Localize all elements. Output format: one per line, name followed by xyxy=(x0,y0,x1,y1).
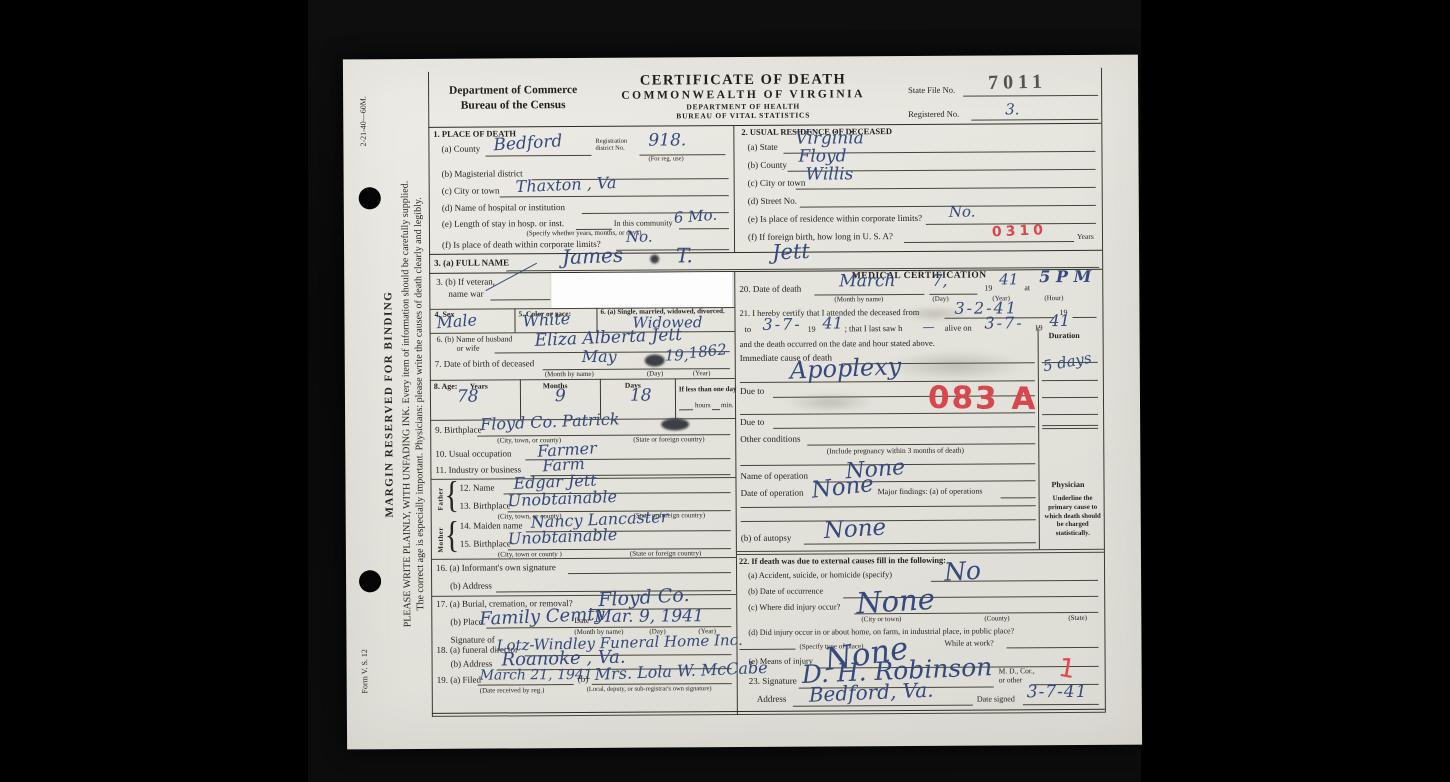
rule xyxy=(429,250,1102,255)
dob-note-day: (Day) xyxy=(647,370,663,377)
printed-19-to: 19 xyxy=(808,326,816,334)
residence-city-value: Willis xyxy=(806,166,854,183)
informant-signature-label: 16. (a) Informant's own signature xyxy=(436,563,556,573)
father-brace: { xyxy=(444,474,459,517)
street-no-label: (d) Street No. xyxy=(748,197,797,207)
rule xyxy=(736,552,1104,555)
column-divider-top xyxy=(733,125,735,252)
birthplace-label: 9. Birthplace xyxy=(435,426,482,436)
birthplace-note2: (State or foreign country) xyxy=(633,436,704,444)
rule xyxy=(430,378,735,381)
county-value: Bedford xyxy=(493,133,563,154)
certificate-title: CERTIFICATE OF DEATH xyxy=(593,72,893,89)
attended-to-year: 41 xyxy=(822,315,842,331)
foreign-birth-stamp: 0310 xyxy=(992,223,1047,239)
registered-no-value: 3. xyxy=(1005,102,1019,117)
birthplace-value: Floyd Co. Patrick xyxy=(480,411,620,433)
major-findings-label: Major findings: (a) of operations xyxy=(878,488,983,497)
spouse-label2: or wife xyxy=(457,345,480,354)
residence-city-label: (c) City or town xyxy=(748,179,806,189)
due-to-label-1: Due to xyxy=(740,387,764,397)
race-value: White xyxy=(522,311,571,330)
rule xyxy=(431,594,736,597)
physician-address-value: Bedford, Va. xyxy=(808,680,933,705)
county-label: (a) County xyxy=(441,145,480,155)
red-tally-mark: 1 xyxy=(1057,655,1078,683)
autopsy-label: (b) of autopsy xyxy=(741,534,792,544)
mother-brace: { xyxy=(445,514,460,557)
occurrence-date-label: (b) Date of occurrence xyxy=(748,588,823,597)
informant-address-label: (b) Address xyxy=(450,582,492,592)
dob-note-month: (Month by name) xyxy=(545,371,594,379)
dob-month: May xyxy=(582,349,617,365)
full-name-last: Jett xyxy=(772,241,811,264)
binding-margin-note: MARGIN RESERVED FOR BINDING xyxy=(382,291,395,518)
father-birthplace-value: Unobtainable xyxy=(507,489,617,509)
filed-date-note: (Date received by reg.) xyxy=(480,687,545,695)
certify-to-label: to xyxy=(745,325,752,334)
rule xyxy=(1023,704,1099,705)
due-to-label-2: Due to xyxy=(740,418,764,428)
age-label: 8. Age: xyxy=(434,383,458,392)
age-days-value: 18 xyxy=(630,388,652,405)
punch-hole-top xyxy=(359,187,381,209)
date-of-death-year: 41 xyxy=(999,272,1018,287)
last-saw-label: ; that I last saw h xyxy=(845,324,903,333)
ink-blot xyxy=(661,418,689,430)
reg-district-value: 918. xyxy=(648,132,686,149)
other-conditions-label: Other conditions xyxy=(740,435,800,445)
min-label: min. xyxy=(721,402,734,409)
magisterial-label: (b) Magisterial district xyxy=(442,169,523,179)
veteran-label2: name war xyxy=(448,290,483,300)
hospital-label: (d) Name of hospital or institution xyxy=(442,203,565,213)
rule xyxy=(796,187,1096,190)
rule xyxy=(431,557,736,560)
dob-year: 1862 xyxy=(688,342,728,361)
ink-blot xyxy=(650,255,659,264)
rule xyxy=(1072,317,1096,318)
form-number: Form V. S. 12 xyxy=(360,649,369,693)
rule xyxy=(490,299,550,300)
pencil-smudge xyxy=(885,350,1025,381)
full-name-first: James xyxy=(562,245,624,267)
rule xyxy=(1042,397,1098,398)
father-group-label: Father xyxy=(437,487,445,510)
residence-state-value: Virginia xyxy=(795,130,863,147)
veteran-label1: 3. (b) If veteran, xyxy=(436,278,495,288)
registrar-note: (Local, deputy, or sub-registrar's own s… xyxy=(587,686,712,694)
rule xyxy=(1042,428,1098,429)
rule xyxy=(679,228,729,229)
date-of-death-label: 20. Date of death xyxy=(739,285,801,295)
dept-of-commerce: Department of Commerce xyxy=(438,84,588,97)
at-label: at xyxy=(1024,284,1030,292)
attended-to-value: 3-7- xyxy=(762,317,801,333)
rule xyxy=(500,195,729,197)
cause-code-stamp: 083 A xyxy=(928,383,1038,415)
residence-state-label: (a) State xyxy=(747,143,777,153)
operation-date-value: None xyxy=(810,473,875,503)
injury-note-county: (County) xyxy=(984,615,1009,622)
full-name-middle: T. xyxy=(676,245,693,265)
foreign-birth-label: (f) If foreign birth, how long in U. S. … xyxy=(748,232,893,242)
cell-divider xyxy=(675,378,676,418)
father-name-label: 12. Name xyxy=(459,484,494,494)
rule xyxy=(1042,414,1098,415)
write-plainly-line2: The correct age is especially important.… xyxy=(411,84,428,724)
dod-note-month: (Month by name) xyxy=(834,296,883,304)
state-file-number: 7011 xyxy=(988,71,1047,95)
last-saw-value: 3-7- xyxy=(984,315,1023,331)
burial-place-label: (b) Place xyxy=(450,618,482,628)
commonwealth-subtitle: COMMONWEALTH OF VIRGINIA xyxy=(593,88,893,102)
rule xyxy=(679,409,693,410)
date-signed-value: 3-7-41 xyxy=(1027,684,1088,701)
form-right-border xyxy=(1101,68,1106,713)
dob-note-year: (Year) xyxy=(693,370,711,377)
hours-label: hours xyxy=(695,402,711,409)
filed-date-value: March 21, 1941 xyxy=(480,668,593,683)
operation-date-label: Date of operation xyxy=(741,489,804,499)
certify-line3: and the death occurred on the date and h… xyxy=(740,339,935,349)
autopsy-value: None xyxy=(823,517,887,544)
registered-no-label: Registered No. xyxy=(908,110,959,119)
city-town-value: Thaxton , Va xyxy=(515,175,616,195)
mother-birthplace-value: Unobtainable xyxy=(508,527,618,547)
age-years-value: 78 xyxy=(457,389,479,406)
mother-group-label: Mother xyxy=(437,527,445,553)
rule xyxy=(485,155,591,157)
external-causes-heading: 22. If death was due to external causes … xyxy=(739,557,946,567)
duration-divider xyxy=(1038,327,1040,549)
rule xyxy=(1001,497,1036,498)
operation-label: Name of operation xyxy=(740,472,808,482)
certificate-paper: 2-21-40—60M. Form V. S. 12 MARGIN RESERV… xyxy=(343,55,1142,750)
bureau-of-census: Bureau of the Census xyxy=(438,99,588,112)
bureau-vital-statistics: BUREAU OF VITAL STATISTICS xyxy=(593,111,893,121)
accident-label: (a) Accident, suicide, or homicide (spec… xyxy=(748,571,892,581)
injury-note-city: (City or town) xyxy=(861,616,901,624)
occupation-label: 10. Usual occupation xyxy=(435,449,511,459)
age-months-value: 9 xyxy=(555,388,566,405)
ink-blot xyxy=(645,354,665,366)
rule xyxy=(1007,647,1099,649)
dod-note-hour: (Hour) xyxy=(1044,295,1063,302)
alive-on-label: alive on xyxy=(945,324,972,333)
burial-place-value: Family Cemty xyxy=(479,606,605,629)
burial-date-value: Mar. 9, 1941 xyxy=(594,608,704,626)
injury-note-state: (State) xyxy=(1068,615,1087,622)
physician-address-label: Address xyxy=(757,695,787,705)
rule xyxy=(1042,425,1098,426)
rule xyxy=(904,241,1074,243)
less-than-day-label: If less than one day xyxy=(679,386,737,394)
filed-label: 19. (a) Filed xyxy=(437,676,481,686)
rule xyxy=(773,426,1035,429)
form-print-code: 2-21-40—60M. xyxy=(359,96,368,147)
filed-b-label: (b) xyxy=(578,675,589,685)
father-birthplace-label: 13. Birthplace xyxy=(460,501,511,511)
date-signed-label: Date signed xyxy=(977,695,1015,704)
reg-district-note: (For reg. use) xyxy=(648,156,683,163)
hour-of-death-value: 5 P M xyxy=(1039,269,1091,285)
rule xyxy=(741,519,1036,522)
rule xyxy=(963,95,1098,97)
registrar-signature-value: Mrs. Lola W. McCabe xyxy=(594,660,768,683)
pregnancy-note: (Include pregnancy within 3 months of de… xyxy=(795,446,995,455)
rule xyxy=(800,205,1096,208)
residence-county-label: (b) County xyxy=(748,161,787,171)
redaction-box xyxy=(551,272,732,308)
state-file-label: State File No. xyxy=(908,86,955,95)
rule xyxy=(740,649,796,650)
rule xyxy=(741,505,1036,508)
physician-signature-label: 23. Signature xyxy=(749,677,797,687)
last-saw-year: 41 xyxy=(1049,313,1069,329)
rule xyxy=(971,119,1098,121)
physician-note: Underline the primary cause to which dea… xyxy=(1044,495,1102,539)
accident-value: No xyxy=(943,558,981,585)
scanned-death-certificate: 2-21-40—60M. Form V. S. 12 MARGIN RESERV… xyxy=(0,0,1450,782)
date-of-death-day: 7, xyxy=(932,273,947,289)
community-value: 6 Mo. xyxy=(673,208,717,226)
residence-county-value: Floyd xyxy=(798,148,846,165)
punch-hole-bottom xyxy=(359,570,381,592)
residence-corporate-label: (e) Is place of residence within corpora… xyxy=(748,214,922,225)
write-plainly-note: PLEASE WRITE PLAINLY, WITH UNFADING INK.… xyxy=(398,84,428,724)
physician-label: Physician xyxy=(1051,481,1084,490)
rule xyxy=(712,409,720,410)
md-cor-label2: or other xyxy=(999,676,1023,684)
dod-note-day: (Day) xyxy=(932,296,948,303)
stay-label: (e) Length of stay in hosp. or inst. xyxy=(442,219,564,229)
immediate-cause-value: Apoplexy xyxy=(789,354,901,383)
reg-district-label2: district No. xyxy=(595,146,624,153)
rule xyxy=(568,572,731,574)
duration-label: Duration xyxy=(1049,332,1080,341)
cell-divider xyxy=(514,308,515,332)
date-of-death-month: March xyxy=(839,273,895,290)
md-cor-label1: M. D., Cor., xyxy=(999,667,1035,675)
rule xyxy=(616,249,729,251)
dob-day: 19, xyxy=(665,348,689,363)
duration-value: 5 days xyxy=(1042,351,1093,375)
sex-value: Male xyxy=(436,312,478,331)
city-town-label: (c) City or town xyxy=(442,186,500,196)
printed-19-dod: 19 xyxy=(984,284,992,292)
residence-corporate-value: No. xyxy=(949,205,976,220)
mother-birthplace-label: 15. Birthplace xyxy=(460,539,511,549)
injury-where-label: (c) Where did injury occur? xyxy=(748,603,840,612)
injury-where-value: None xyxy=(855,585,935,619)
dob-label: 7. Date of birth of deceased xyxy=(435,359,535,369)
form-left-border xyxy=(428,72,433,717)
while-at-work-label: While at work? xyxy=(944,639,993,648)
pencil-smudge xyxy=(899,306,969,322)
h-strikeout: — xyxy=(923,321,935,333)
years-label: Years xyxy=(1077,233,1094,241)
full-name-label: 3. (a) FULL NAME xyxy=(434,258,509,268)
corporate-limits-value: No. xyxy=(626,230,653,245)
pencil-smudge xyxy=(785,392,875,413)
rule xyxy=(1042,380,1098,381)
